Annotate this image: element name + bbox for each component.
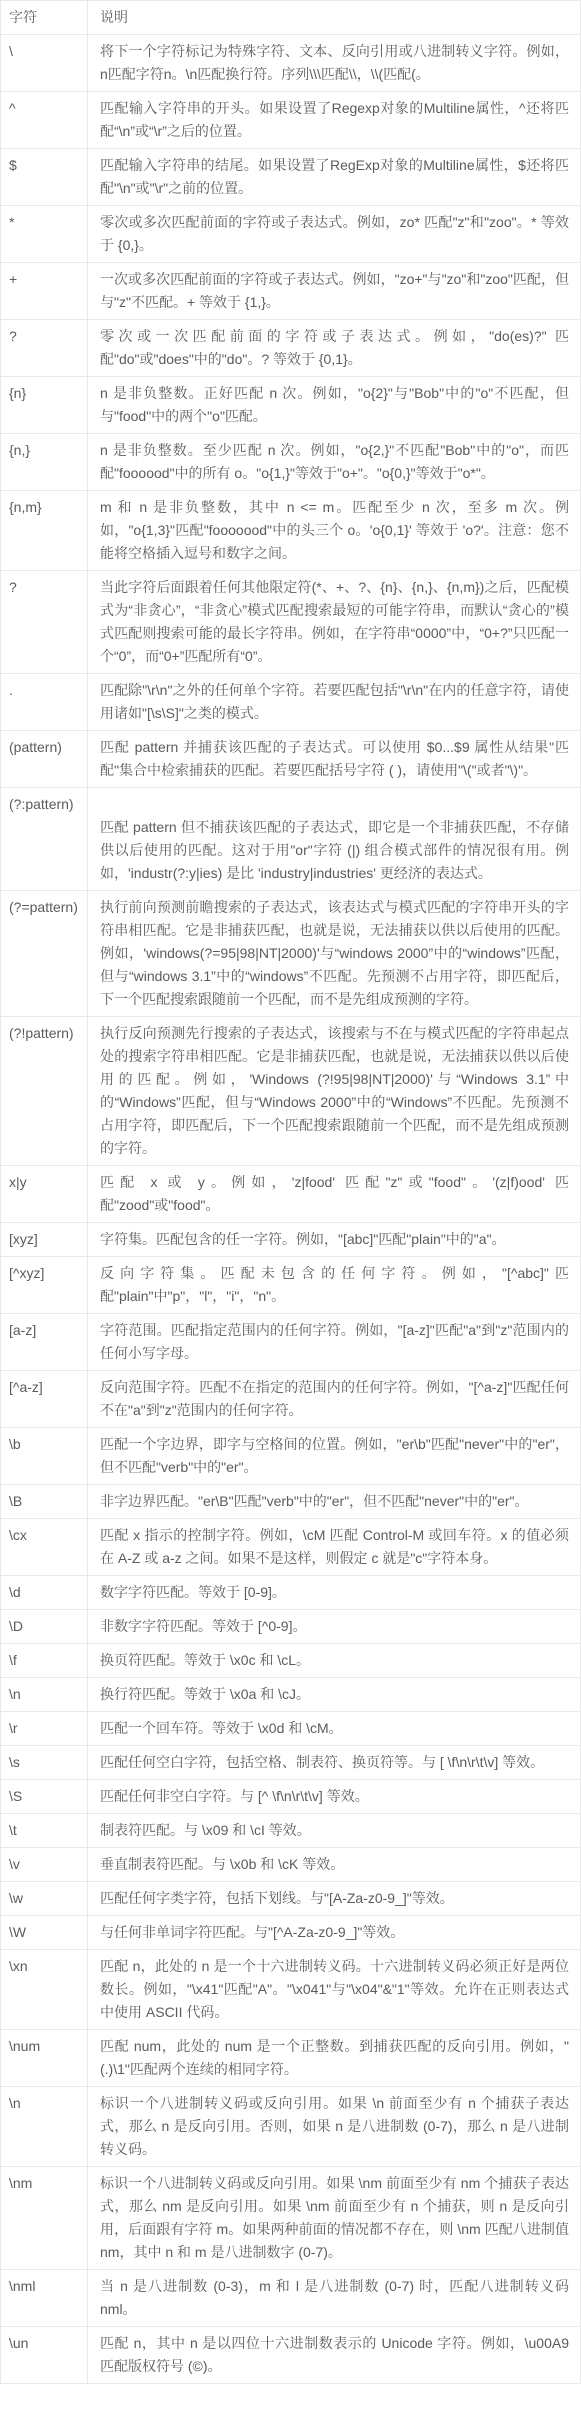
table-row: *零次或多次匹配前面的字符或子表达式。例如，zo* 匹配"z"和"zoo"。* … — [1, 206, 581, 263]
regex-reference-table: 字符 说明 \将下一个字符标记为特殊字符、文本、反向引用或八进制转义字符。例如，… — [0, 0, 581, 2384]
symbol-cell: \S — [1, 1780, 88, 1814]
description-cell: 字符集。匹配包含的任一字符。例如，"[abc]"匹配"plain"中的"a"。 — [88, 1223, 581, 1257]
description-cell: 零次或一次匹配前面的字符或子表达式。例如，"do(es)?" 匹配"do"或"d… — [88, 320, 581, 377]
description-cell: 反向字符集。匹配未包含的任何字符。例如，"[^abc]"匹配"plain"中"p… — [88, 1257, 581, 1314]
symbol-cell: \D — [1, 1610, 88, 1644]
symbol-cell: {n,m} — [1, 491, 88, 571]
description-cell: 零次或多次匹配前面的字符或子表达式。例如，zo* 匹配"z"和"zoo"。* 等… — [88, 206, 581, 263]
table-row: \b匹配一个字边界，即字与空格间的位置。例如，"er\b"匹配"never"中的… — [1, 1428, 581, 1485]
table-row: {n,}n 是非负整数。至少匹配 n 次。例如，"o{2,}"不匹配"Bob"中… — [1, 434, 581, 491]
symbol-cell: \v — [1, 1848, 88, 1882]
symbol-cell: (?=pattern) — [1, 891, 88, 1017]
table-row: \f换页符匹配。等效于 \x0c 和 \cL。 — [1, 1644, 581, 1678]
table-row: \xn匹配 n，此处的 n 是一个十六进制转义码。十六进制转义码必须正好是两位数… — [1, 1950, 581, 2030]
description-cell: 匹配 n，其中 n 是以四位十六进制数表示的 Unicode 字符。例如，\u0… — [88, 2327, 581, 2384]
symbol-cell: \un — [1, 2327, 88, 2384]
column-header-description: 说明 — [88, 1, 581, 35]
symbol-cell: (pattern) — [1, 731, 88, 788]
table-row: \num匹配 num，此处的 num 是一个正整数。到捕获匹配的反向引用。例如，… — [1, 2030, 581, 2087]
table-row: [xyz]字符集。匹配包含的任一字符。例如，"[abc]"匹配"plain"中的… — [1, 1223, 581, 1257]
symbol-cell: \w — [1, 1882, 88, 1916]
description-cell: 将下一个字符标记为特殊字符、文本、反向引用或八进制转义字符。例如，n匹配字符n。… — [88, 35, 581, 92]
table-row: \d数字字符匹配。等效于 [0-9]。 — [1, 1576, 581, 1610]
table-row: \s匹配任何空白字符，包括空格、制表符、换页符等。与 [ \f\n\r\t\v]… — [1, 1746, 581, 1780]
table-row: ^匹配输入字符串的开头。如果设置了Regexp对象的Multiline属性，^还… — [1, 92, 581, 149]
description-cell: 数字字符匹配。等效于 [0-9]。 — [88, 1576, 581, 1610]
symbol-cell: \t — [1, 1814, 88, 1848]
symbol-cell: * — [1, 206, 88, 263]
symbol-cell: \n — [1, 2087, 88, 2167]
description-cell: 匹配输入字符串的结尾。如果设置了RegExp对象的Multiline属性，$还将… — [88, 149, 581, 206]
table-row: {n}n 是非负整数。正好匹配 n 次。例如，"o{2}"与"Bob"中的"o"… — [1, 377, 581, 434]
symbol-cell: {n} — [1, 377, 88, 434]
description-cell: 匹配任何空白字符，包括空格、制表符、换页符等。与 [ \f\n\r\t\v] 等… — [88, 1746, 581, 1780]
table-row: (pattern)匹配 pattern 并捕获该匹配的子表达式。可以使用 $0.… — [1, 731, 581, 788]
table-row: (?:pattern) 匹配 pattern 但不捕获该匹配的子表达式，即它是一… — [1, 788, 581, 891]
table-row: \t制表符匹配。与 \x09 和 \cI 等效。 — [1, 1814, 581, 1848]
table-row: \nm标识一个八进制转义码或反向引用。如果 \nm 前面至少有 nm 个捕获子表… — [1, 2167, 581, 2270]
description-cell: n 是非负整数。正好匹配 n 次。例如，"o{2}"与"Bob"中的"o"不匹配… — [88, 377, 581, 434]
description-cell: 当此字符后面跟着任何其他限定符(*、+、?、{n}、{n,}、{n,m})之后，… — [88, 571, 581, 674]
symbol-cell: \s — [1, 1746, 88, 1780]
symbol-cell: \xn — [1, 1950, 88, 2030]
description-cell: 匹配输入字符串的开头。如果设置了Regexp对象的Multiline属性，^还将… — [88, 92, 581, 149]
description-cell: 匹配 pattern 并捕获该匹配的子表达式。可以使用 $0...$9 属性从结… — [88, 731, 581, 788]
symbol-cell: \r — [1, 1712, 88, 1746]
symbol-cell: ? — [1, 320, 88, 377]
description-cell: n 是非负整数。至少匹配 n 次。例如，"o{2,}"不匹配"Bob"中的"o"… — [88, 434, 581, 491]
description-cell: 反向范围字符。匹配不在指定的范围内的任何字符。例如，"[^a-z]"匹配任何不在… — [88, 1371, 581, 1428]
description-cell: 与任何非单词字符匹配。与"[^A-Za-z0-9_]"等效。 — [88, 1916, 581, 1950]
symbol-cell: . — [1, 674, 88, 731]
table-row: \将下一个字符标记为特殊字符、文本、反向引用或八进制转义字符。例如，n匹配字符n… — [1, 35, 581, 92]
symbol-cell: [xyz] — [1, 1223, 88, 1257]
symbol-cell: x|y — [1, 1166, 88, 1223]
symbol-cell: {n,} — [1, 434, 88, 491]
symbol-cell: \f — [1, 1644, 88, 1678]
symbol-cell: \num — [1, 2030, 88, 2087]
description-cell: 匹配 n，此处的 n 是一个十六进制转义码。十六进制转义码必须正好是两位数长。例… — [88, 1950, 581, 2030]
table-body: \将下一个字符标记为特殊字符、文本、反向引用或八进制转义字符。例如，n匹配字符n… — [1, 35, 581, 2384]
description-cell: 匹配 pattern 但不捕获该匹配的子表达式，即它是一个非捕获匹配，不存储供以… — [88, 788, 581, 891]
symbol-cell: \d — [1, 1576, 88, 1610]
symbol-cell: \n — [1, 1678, 88, 1712]
description-cell: 垂直制表符匹配。与 \x0b 和 \cK 等效。 — [88, 1848, 581, 1882]
description-cell: m 和 n 是非负整数，其中 n <= m。匹配至少 n 次，至多 m 次。例如… — [88, 491, 581, 571]
table-row: [^a-z]反向范围字符。匹配不在指定的范围内的任何字符。例如，"[^a-z]"… — [1, 1371, 581, 1428]
symbol-cell: (?:pattern) — [1, 788, 88, 891]
description-cell: 标识一个八进制转义码或反向引用。如果 \nm 前面至少有 nm 个捕获子表达式，… — [88, 2167, 581, 2270]
table-row: {n,m}m 和 n 是非负整数，其中 n <= m。匹配至少 n 次，至多 m… — [1, 491, 581, 571]
table-row: \n标识一个八进制转义码或反向引用。如果 \n 前面至少有 n 个捕获子表达式，… — [1, 2087, 581, 2167]
description-cell: 执行前向预测前瞻搜索的子表达式，该表达式与模式匹配的字符串开头的字符串相匹配。它… — [88, 891, 581, 1017]
symbol-cell: \B — [1, 1485, 88, 1519]
description-cell: 非数字字符匹配。等效于 [^0-9]。 — [88, 1610, 581, 1644]
description-cell: 匹配除"\r\n"之外的任何单个字符。若要匹配包括"\r\n"在内的任意字符，请… — [88, 674, 581, 731]
table-row: \nml当 n 是八进制数 (0-3)，m 和 l 是八进制数 (0-7) 时，… — [1, 2270, 581, 2327]
description-cell: 当 n 是八进制数 (0-3)，m 和 l 是八进制数 (0-7) 时，匹配八进… — [88, 2270, 581, 2327]
table-row: \w匹配任何字类字符，包括下划线。与"[A-Za-z0-9_]"等效。 — [1, 1882, 581, 1916]
description-cell: 匹配 num，此处的 num 是一个正整数。到捕获匹配的反向引用。例如，"(.)… — [88, 2030, 581, 2087]
description-cell: 匹配一个字边界，即字与空格间的位置。例如，"er\b"匹配"never"中的"e… — [88, 1428, 581, 1485]
description-cell: 匹配 x 或 y。例如，'z|food' 匹配"z"或"food"。'(z|f)… — [88, 1166, 581, 1223]
table-row: [^xyz]反向字符集。匹配未包含的任何字符。例如，"[^abc]"匹配"pla… — [1, 1257, 581, 1314]
symbol-cell: ^ — [1, 92, 88, 149]
column-header-symbol: 字符 — [1, 1, 88, 35]
table-row: \un匹配 n，其中 n 是以四位十六进制数表示的 Unicode 字符。例如，… — [1, 2327, 581, 2384]
symbol-cell: \W — [1, 1916, 88, 1950]
symbol-cell: \nml — [1, 2270, 88, 2327]
symbol-cell: $ — [1, 149, 88, 206]
table-row: \v垂直制表符匹配。与 \x0b 和 \cK 等效。 — [1, 1848, 581, 1882]
table-row: \S匹配任何非空白字符。与 [^ \f\n\r\t\v] 等效。 — [1, 1780, 581, 1814]
symbol-cell: [^xyz] — [1, 1257, 88, 1314]
description-cell: 制表符匹配。与 \x09 和 \cI 等效。 — [88, 1814, 581, 1848]
table-row: \D非数字字符匹配。等效于 [^0-9]。 — [1, 1610, 581, 1644]
description-cell: 匹配任何字类字符，包括下划线。与"[A-Za-z0-9_]"等效。 — [88, 1882, 581, 1916]
symbol-cell: \cx — [1, 1519, 88, 1576]
table-row: \W与任何非单词字符匹配。与"[^A-Za-z0-9_]"等效。 — [1, 1916, 581, 1950]
table-row: \B非字边界匹配。"er\B"匹配"verb"中的"er"，但不匹配"never… — [1, 1485, 581, 1519]
description-cell: 匹配任何非空白字符。与 [^ \f\n\r\t\v] 等效。 — [88, 1780, 581, 1814]
table-row: \r匹配一个回车符。等效于 \x0d 和 \cM。 — [1, 1712, 581, 1746]
table-row: ?当此字符后面跟着任何其他限定符(*、+、?、{n}、{n,}、{n,m})之后… — [1, 571, 581, 674]
symbol-cell: \b — [1, 1428, 88, 1485]
symbol-cell: + — [1, 263, 88, 320]
table-row: (?=pattern)执行前向预测前瞻搜索的子表达式，该表达式与模式匹配的字符串… — [1, 891, 581, 1017]
description-cell: 非字边界匹配。"er\B"匹配"verb"中的"er"，但不匹配"never"中… — [88, 1485, 581, 1519]
table-row: \cx匹配 x 指示的控制字符。例如，\cM 匹配 Control-M 或回车符… — [1, 1519, 581, 1576]
symbol-cell: \ — [1, 35, 88, 92]
table-header-row: 字符 说明 — [1, 1, 581, 35]
description-cell: 换页符匹配。等效于 \x0c 和 \cL。 — [88, 1644, 581, 1678]
description-cell: 字符范围。匹配指定范围内的任何字符。例如，"[a-z]"匹配"a"到"z"范围内… — [88, 1314, 581, 1371]
description-cell: 匹配一个回车符。等效于 \x0d 和 \cM。 — [88, 1712, 581, 1746]
description-cell: 标识一个八进制转义码或反向引用。如果 \n 前面至少有 n 个捕获子表达式，那么… — [88, 2087, 581, 2167]
table-row: \n换行符匹配。等效于 \x0a 和 \cJ。 — [1, 1678, 581, 1712]
table-row: .匹配除"\r\n"之外的任何单个字符。若要匹配包括"\r\n"在内的任意字符，… — [1, 674, 581, 731]
symbol-cell: [a-z] — [1, 1314, 88, 1371]
table-row: (?!pattern)执行反向预测先行搜索的子表达式，该搜索与不在与模式匹配的字… — [1, 1017, 581, 1166]
description-cell: 一次或多次匹配前面的字符或子表达式。例如，"zo+"与"zo"和"zoo"匹配，… — [88, 263, 581, 320]
symbol-cell: (?!pattern) — [1, 1017, 88, 1166]
description-cell: 匹配 x 指示的控制字符。例如，\cM 匹配 Control-M 或回车符。x … — [88, 1519, 581, 1576]
symbol-cell: [^a-z] — [1, 1371, 88, 1428]
description-cell: 换行符匹配。等效于 \x0a 和 \cJ。 — [88, 1678, 581, 1712]
table-row: $匹配输入字符串的结尾。如果设置了RegExp对象的Multiline属性，$还… — [1, 149, 581, 206]
table-row: [a-z]字符范围。匹配指定范围内的任何字符。例如，"[a-z]"匹配"a"到"… — [1, 1314, 581, 1371]
table-row: x|y匹配 x 或 y。例如，'z|food' 匹配"z"或"food"。'(z… — [1, 1166, 581, 1223]
table-row: ?零次或一次匹配前面的字符或子表达式。例如，"do(es)?" 匹配"do"或"… — [1, 320, 581, 377]
table-row: +一次或多次匹配前面的字符或子表达式。例如，"zo+"与"zo"和"zoo"匹配… — [1, 263, 581, 320]
symbol-cell: ? — [1, 571, 88, 674]
description-cell: 执行反向预测先行搜索的子表达式，该搜索与不在与模式匹配的字符串起点处的搜索字符串… — [88, 1017, 581, 1166]
symbol-cell: \nm — [1, 2167, 88, 2270]
